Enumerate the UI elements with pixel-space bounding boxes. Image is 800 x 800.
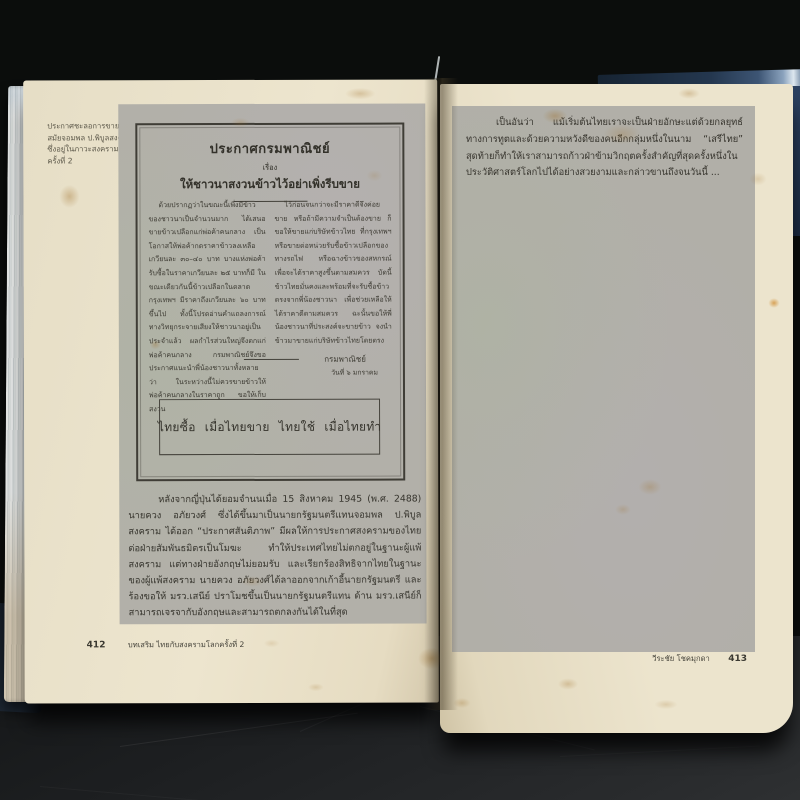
- signoff-date: วันที่ ๖ มกราคม: [275, 366, 378, 378]
- right-page: เป็นอันว่า แม้เริ่มต้นไทยเราจะเป็นฝ่ายอั…: [440, 84, 793, 733]
- photo-panel-right: เป็นอันว่า แม้เริ่มต้นไทยเราจะเป็นฝ่ายอั…: [452, 106, 755, 652]
- proclamation-subject-label: เรื่อง: [137, 162, 402, 175]
- body-paragraph-right: เป็นอันว่า แม้เริ่มต้นไทยเราจะเป็นฝ่ายอั…: [466, 115, 743, 182]
- mid-rule: [243, 359, 298, 360]
- photo-of-open-book: { "colors": { "background": "#0b0d0c", "…: [0, 0, 800, 800]
- photo-panel-left: ประกาศกรมพาณิชย์ เรื่อง ให้ชาวนาสงวนข้าว…: [118, 103, 426, 624]
- left-page: ประกาศชะลอการขายข้าว สมัยจอมพล ป.พิบูลสง…: [23, 79, 439, 703]
- proclamation-column-left: ด้วยปรากฏว่าในขณะนี้เพิ่งมีข้าวของชาวนาเ…: [148, 199, 266, 417]
- proclamation-subject: ให้ชาวนาสงวนข้าวไว้อย่าเพิ่งรีบขาย: [137, 176, 402, 195]
- proclamation-column-right: ไว้ก่อนจนกว่าจะมีราคาดีจึงค่อยขาย หรือถ้…: [274, 199, 392, 417]
- proclamation-header: ประกาศกรมพาณิชย์ เรื่อง ให้ชาวนาสงวนข้าว…: [137, 138, 402, 203]
- stain: [554, 676, 582, 692]
- stain: [55, 180, 83, 212]
- proclamation-title: ประกาศกรมพาณิชย์: [137, 138, 402, 160]
- stain: [305, 682, 327, 693]
- stain: [339, 86, 381, 102]
- proclamation-signoff: กรมพาณิชย์ วันที่ ๖ มกราคม: [275, 352, 392, 378]
- stain: [450, 696, 474, 710]
- stain: [674, 86, 704, 101]
- stain: [766, 296, 782, 310]
- proclamation-body: ด้วยปรากฏว่าในขณะนี้เพิ่งมีข้าวของชาวนาเ…: [148, 199, 392, 417]
- stain: [261, 638, 283, 649]
- slogan-text: ไทยซื้อ เมื่อไทยขาย ไทยใช้ เมื่อไทยทำ: [158, 417, 382, 437]
- body-paragraph-left: หลังจากญี่ปุ่นได้ยอมจำนนเมื่อ 15 สิงหาคม…: [128, 492, 421, 622]
- stain: [650, 698, 682, 711]
- page-number-left: 412: [87, 640, 106, 650]
- page-footer-right: วีระชัย โชคมุกดา 413: [652, 653, 747, 665]
- slogan-box: ไทยซื้อ เมื่อไทยขาย ไทยใช้ เมื่อไทยทำ: [159, 399, 380, 456]
- running-title: บทเสริม ไทยกับสงครามโลกครั้งที่ 2: [128, 640, 244, 649]
- proclamation-frame: ประกาศกรมพาณิชย์ เรื่อง ให้ชาวนาสงวนข้าว…: [135, 123, 405, 482]
- author-name: วีระชัย โชคมุกดา: [652, 654, 710, 663]
- page-number-right: 413: [728, 654, 747, 664]
- page-footer-left: 412 บทเสริม ไทยกับสงครามโลกครั้งที่ 2: [87, 639, 245, 651]
